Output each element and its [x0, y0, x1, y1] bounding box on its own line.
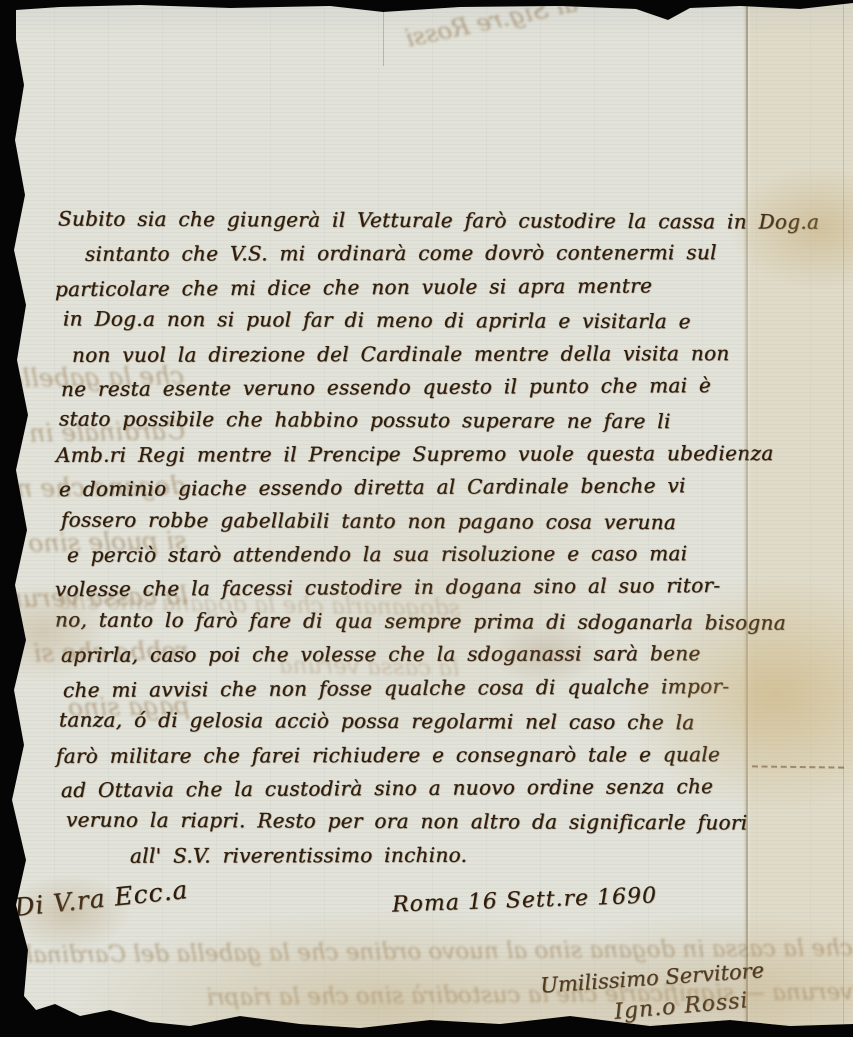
right-edge-crease: [843, 0, 844, 1037]
handwriting-line: fossero robbe gabellabili tanto non paga…: [55, 503, 747, 539]
handwriting-line: Amb.ri Regi mentre il Prencipe Supremo v…: [55, 437, 747, 472]
handwriting-line: farò militare che farei richiudere e con…: [55, 738, 747, 773]
handwriting-line: e dominio giache essendo diretta al Card…: [55, 469, 747, 507]
handwriting-line: all' S.V. riverentissimo inchino.: [55, 838, 747, 873]
handwriting-line: aprirla, caso poi che volesse che la sdo…: [55, 637, 747, 672]
handwriting-line: Subito sia che giungerà il Vetturale far…: [55, 202, 747, 238]
handwriting-line: volesse che la facessi custodire in doga…: [55, 569, 747, 607]
dateline: Roma 16 Sett.re 1690: [392, 883, 658, 917]
signature-name: Ign.o Rossi: [613, 988, 749, 1025]
letter-body: Subito sia che giungerà il Vetturale far…: [55, 204, 747, 872]
bleedthrough-top-text: al Sig.re Rossi: [290, 0, 580, 78]
handwriting-line: ad Ottavia che la custodirà sino a nuovo…: [55, 770, 747, 808]
handwriting-line: tanza, ó di gelosia acciò possa regolarm…: [55, 704, 747, 740]
vertical-fold-crease: [746, 0, 748, 1037]
manuscript-scan: al Sig.re Rossi che la gabella del Cardi…: [0, 0, 853, 1037]
handwriting-line: no, tanto lo farò fare di qua sempre pri…: [55, 603, 747, 639]
handwriting-line: particolare che mi dice che non vuole si…: [55, 269, 747, 307]
handwriting-line: sintanto che V.S. mi ordinarà come dovrò…: [55, 237, 747, 272]
handwriting-line: e perciò starò attendendo la sua risoluz…: [55, 537, 747, 572]
margin-dash-mark: [752, 765, 844, 768]
handwriting-line: che mi avvisi che non fosse qualche cosa…: [55, 670, 747, 708]
closing-salutation: Di V.ra Ecc.a: [13, 875, 190, 922]
handwriting-line: ne resta esente veruno essendo questo il…: [55, 369, 747, 407]
handwriting-line: in Dog.a non si puol far di meno di apri…: [55, 303, 747, 339]
handwriting-line: non vuol la direzione del Cardinale ment…: [55, 337, 747, 372]
letter-paper: al Sig.re Rossi che la gabella del Cardi…: [0, 0, 853, 1037]
top-fold-crease: [383, 8, 384, 66]
handwriting-line: stato possibile che habbino possuto supe…: [55, 403, 747, 439]
handwriting-line: veruno la riapri. Resto per ora non altr…: [55, 804, 747, 840]
